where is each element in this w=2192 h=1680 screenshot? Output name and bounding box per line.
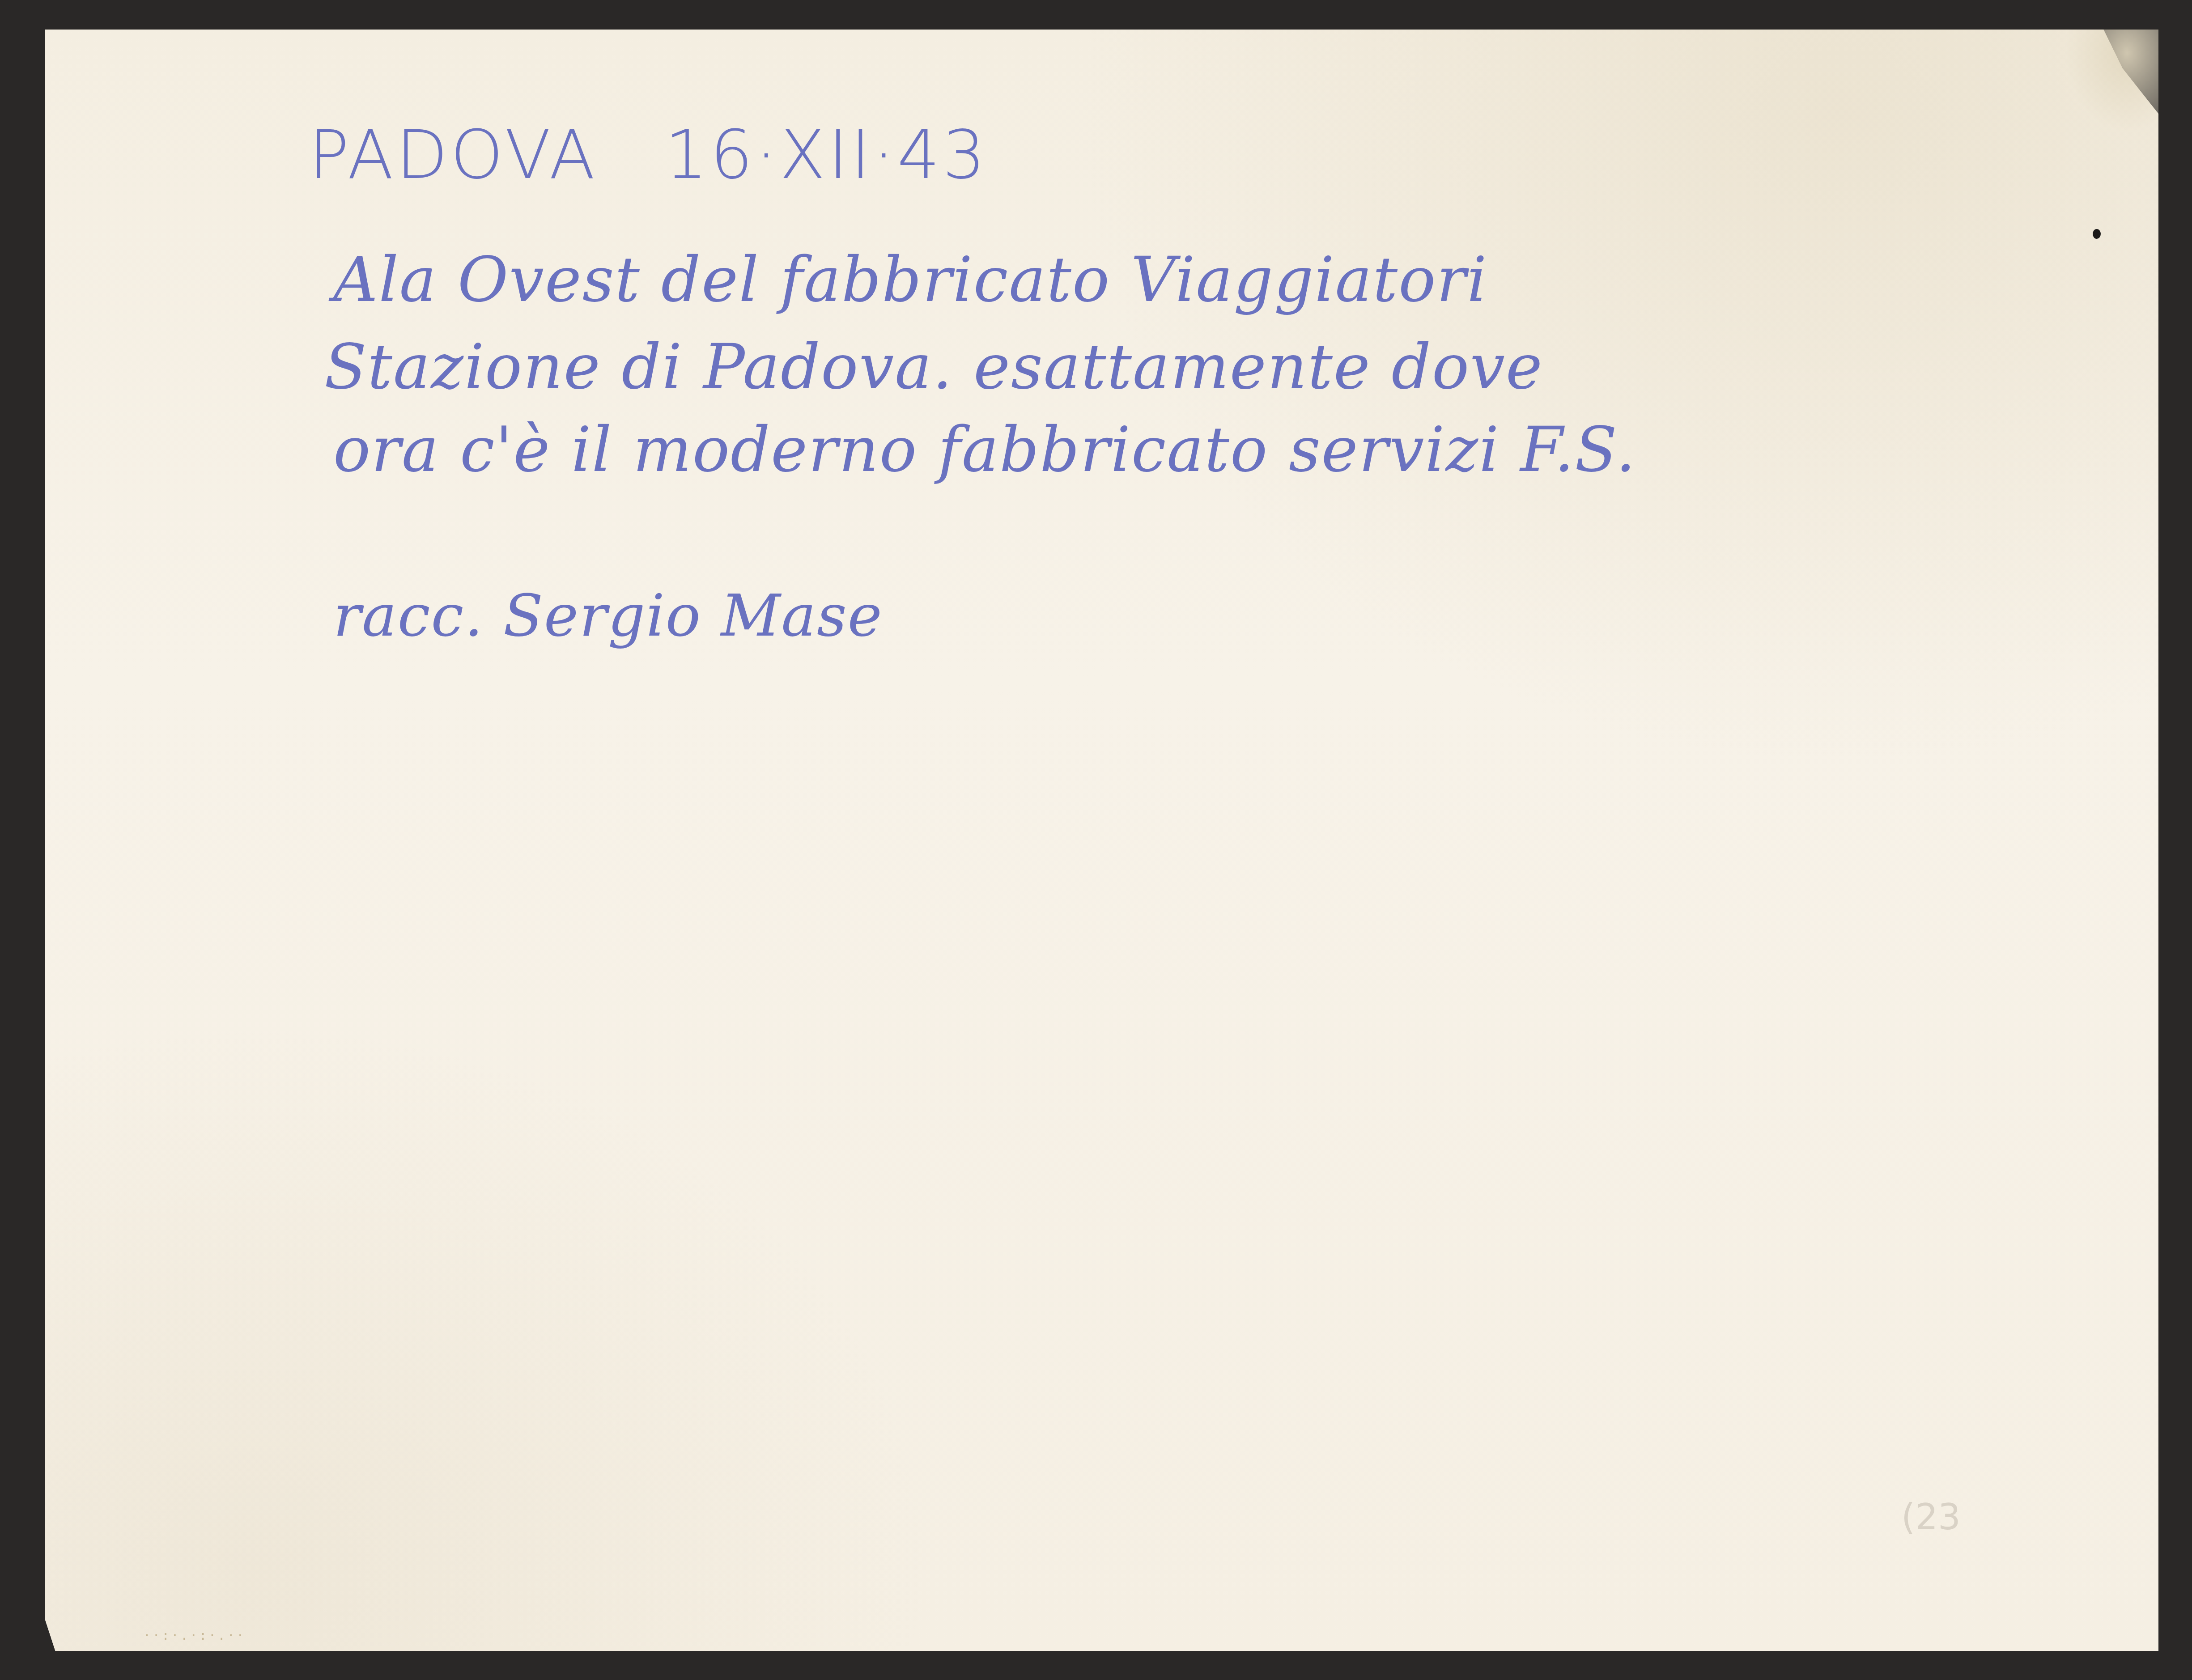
place-date-heading: PADOVA16·XII·43 bbox=[309, 116, 988, 194]
place-name: PADOVA bbox=[309, 116, 598, 194]
ink-spot bbox=[2093, 229, 2101, 239]
note-line-1: Ala Ovest del fabbricato Viaggiatori bbox=[333, 244, 1487, 316]
note-line-2: Stazione di Padova. esattamente dove bbox=[324, 331, 1543, 403]
collection-credit: racc. Sergio Mase bbox=[333, 581, 883, 649]
note-line-3: ora c'è il moderno fabbricato servizi F.… bbox=[333, 414, 1636, 486]
bottom-edge-stain: ··:·.·:·.·· bbox=[143, 1628, 246, 1643]
pencil-archive-number: (23 bbox=[1901, 1496, 1961, 1538]
date: 16·XII·43 bbox=[665, 116, 988, 194]
